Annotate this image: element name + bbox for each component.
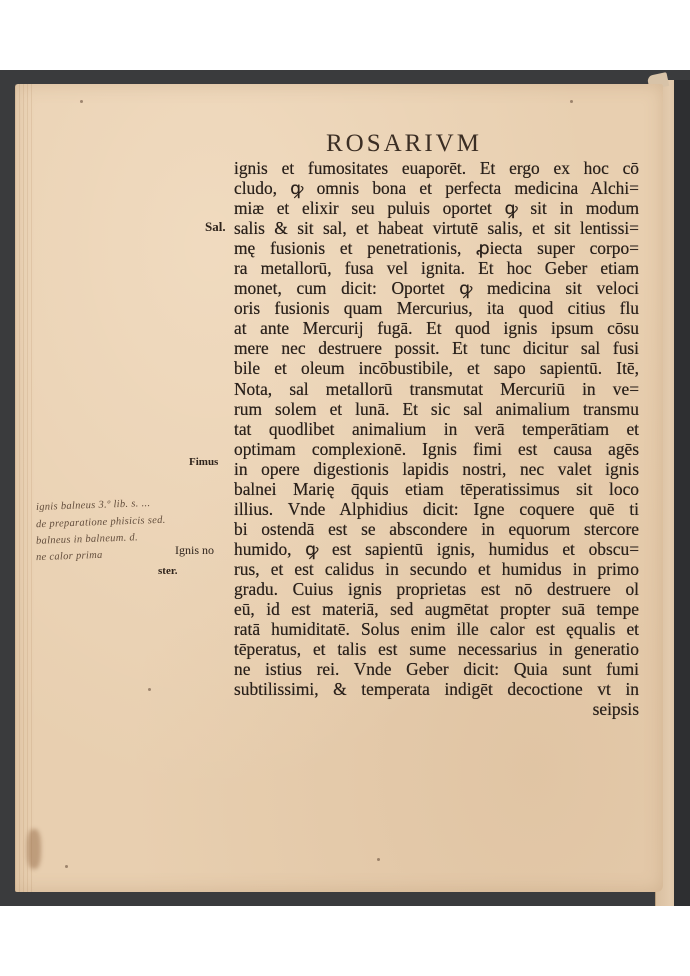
text-line: subtilissimi, & temperata indigēt decoct… bbox=[234, 679, 639, 699]
page-stain bbox=[27, 829, 41, 869]
marginal-note-ignis-no: Ignis no bbox=[175, 543, 214, 558]
text-line: bile et oleum incōbustibile, et sapo sap… bbox=[234, 358, 639, 378]
text-line: ne istius rei. Vnde Geber dicit: Quia su… bbox=[234, 659, 639, 679]
marginal-note-sal: Sal. bbox=[205, 219, 226, 235]
paper-speck bbox=[148, 688, 151, 691]
text-line: rus, et est calidus in secundo et humidu… bbox=[234, 559, 639, 579]
text-line: salis & sit sal, et habeat virtutē salis… bbox=[234, 218, 639, 238]
text-line: humido, ꝙ est sapientū ignis, humidus et… bbox=[234, 539, 639, 559]
catchword: seipsis bbox=[234, 699, 639, 719]
text-line: in opere digestionis lapidis nostri, nec… bbox=[234, 459, 639, 479]
marginal-note-fimus: Fimus bbox=[189, 456, 218, 468]
handwritten-note-line: ne calor prima bbox=[36, 550, 103, 563]
text-line: balnei Marię q̄quis etiam tēperatissimus… bbox=[234, 479, 639, 499]
text-line: tat quodlibet animalium in verā temperāt… bbox=[234, 419, 639, 439]
text-line: miæ et elixir seu puluis oportet ꝙ sit i… bbox=[234, 198, 639, 218]
paper-speck bbox=[377, 858, 380, 861]
text-line: mę fusionis et penetrationis, ꝓiecta sup… bbox=[234, 238, 639, 258]
paper-speck bbox=[65, 865, 68, 868]
text-line: monet, cum dicit: Oportet ꝙ medicina sit… bbox=[234, 278, 639, 298]
text-line: rum solem et lunā. Et sic sal animalium … bbox=[234, 399, 639, 419]
text-line: bi ostendā est se abscondere in equorum … bbox=[234, 519, 639, 539]
text-line: gradu. Cuius ignis proprietas est nō des… bbox=[234, 579, 639, 599]
text-line: at ante Mercurij fugā. Et quod ignis ips… bbox=[234, 318, 639, 338]
text-line: oris fusionis quam Mercurius, ita quod c… bbox=[234, 298, 639, 318]
page-gutter bbox=[15, 84, 35, 892]
text-line: tēperatus, et talis est sume necessarius… bbox=[234, 639, 639, 659]
text-line: eū, id est materiā, sed augmētat propter… bbox=[234, 599, 639, 619]
text-line: Nota, sal metallorū transmutat Mercuriū … bbox=[234, 379, 639, 399]
text-line: ra metallorū, fusa vel ignita. Et hoc Ge… bbox=[234, 258, 639, 278]
paper-speck bbox=[570, 100, 573, 103]
text-line: ignis et fumositates euaporēt. Et ergo e… bbox=[234, 158, 639, 178]
body-text: ignis et fumositates euaporēt. Et ergo e… bbox=[234, 158, 639, 719]
running-head: ROSARIVM bbox=[326, 130, 546, 158]
text-line: optimam complexionē. Ignis fimi est caus… bbox=[234, 439, 639, 459]
scan-background-right bbox=[674, 80, 690, 906]
text-line: cludo, ꝙ omnis bona et perfecta medicina… bbox=[234, 178, 639, 198]
text-line: illius. Vnde Alphidius dicit: Igne coque… bbox=[234, 499, 639, 519]
text-line: mere nec destruere possit. Et tunc dicit… bbox=[234, 338, 639, 358]
text-line: ratā humiditatē. Solus enim ille calor e… bbox=[234, 619, 639, 639]
marginal-note-ster: ster. bbox=[158, 565, 177, 577]
paper-speck bbox=[80, 100, 83, 103]
